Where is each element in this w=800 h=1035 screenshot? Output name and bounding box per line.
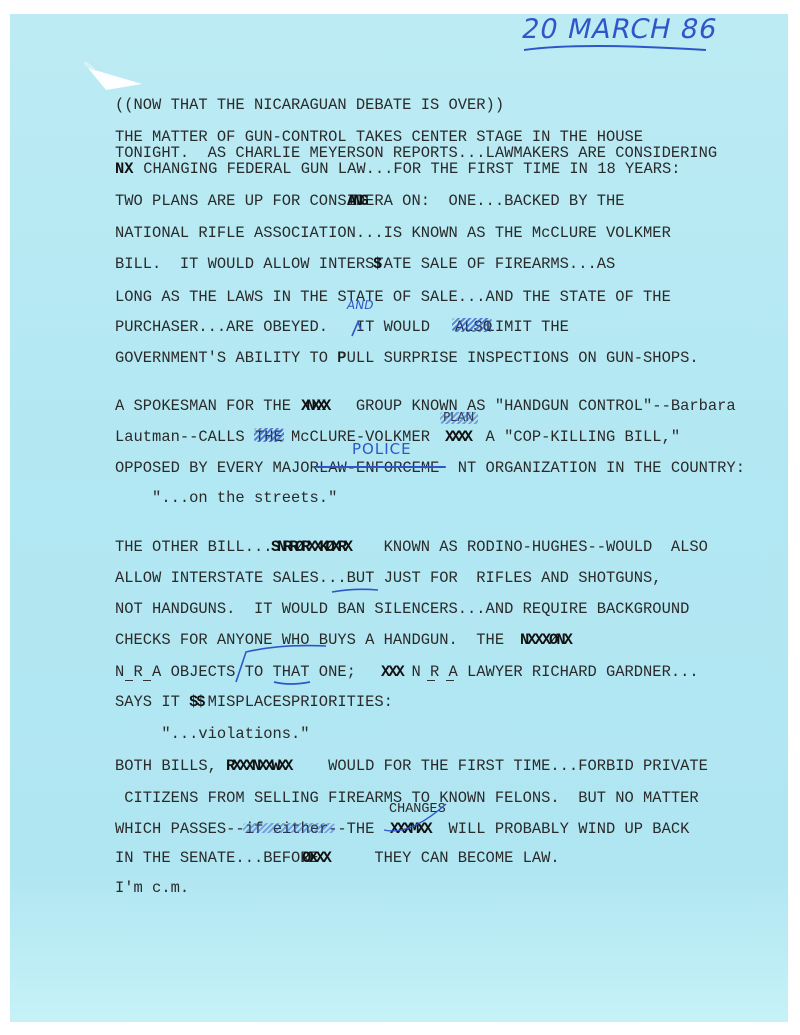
overstrike-xxxx: XXXX <box>445 428 470 446</box>
script-line-20: "...violations." <box>115 725 310 743</box>
handwritten-and: AND <box>346 298 375 312</box>
changes-insert-mark <box>380 800 460 840</box>
overstrike-xnxxx: XNXXX <box>301 397 327 415</box>
script-line-16: NOT HANDGUNS. IT WOULD BAN SILENCERS...A… <box>115 600 689 618</box>
that-one-edit-mark <box>230 642 350 688</box>
script-line-5: NATIONAL RIFLE ASSOCIATION...IS KNOWN AS… <box>115 224 671 242</box>
overstrike-rxxxnxxwxx: RXXXNXXWXX <box>226 757 291 775</box>
handwritten-police: POLICE <box>352 440 412 458</box>
also-scribble <box>452 318 492 332</box>
just-underline <box>330 586 380 594</box>
overstrike-xxx: XXX <box>381 663 403 681</box>
insert-caret <box>350 318 364 338</box>
script-line-8: PURCHASER...ARE OBEYED. IT WOULD LIMIT T… <box>115 318 569 336</box>
script-line-10: A SPOKESMAN FOR THE GROUP KNOWN AS "HAND… <box>115 397 736 415</box>
script-line-13: "...on the streets." <box>115 489 337 507</box>
sign-off: I'm c.m. <box>115 879 189 897</box>
handwritten-date: 20 MARCH 86 <box>519 14 721 45</box>
overstrike-oxxx: ØXXX <box>302 849 329 867</box>
script-line-3: CHANGING FEDERAL GUN LAW...FOR THE FIRST… <box>134 160 681 178</box>
nra-underscore-3 <box>427 680 435 681</box>
slug-line: ((NOW THAT THE NICARAGUAN DEBATE IS OVER… <box>115 96 504 114</box>
script-line-15: ALLOW INTERSTATE SALES...BUT JUST FOR RI… <box>115 569 662 587</box>
nra-underscore-1 <box>125 680 133 681</box>
overstrike-nx: NX <box>115 160 134 178</box>
plan-scribble <box>440 412 478 424</box>
overstrike-dollar: $ <box>373 255 382 273</box>
script-line-7: LONG AS THE LAWS IN THE STATE OF SALE...… <box>115 288 671 306</box>
if-either-scribble <box>243 823 335 833</box>
overstrike-p: P <box>337 349 346 367</box>
script-line-18: N R A OBJECTS TO THAT ONE; N R A LAWYER … <box>115 663 699 681</box>
script-line-21: BOTH BILLS, WOULD FOR THE FIRST TIME...F… <box>115 757 708 775</box>
script-line-14: THE OTHER BILL... KNOWN AS RODINO-HUGHES… <box>115 538 708 556</box>
paper-tear-mark <box>84 62 154 92</box>
overstrike-ang: ANG <box>347 192 366 210</box>
script-line-4: TWO PLANS ARE UP FOR CONSIDERA ON: ONE..… <box>115 192 625 210</box>
script-line-6: BILL. IT WOULD ALLOW INTERSTATE SALE OF … <box>115 255 615 273</box>
nra-underscore-2 <box>143 680 151 681</box>
nra-underscore-4 <box>446 680 454 681</box>
script-line-9: GOVERNMENT'S ABILITY TO PULL SURPRISE IN… <box>115 349 699 367</box>
struck-word-law-enforcement: LAW-ENFORCEME <box>319 459 439 477</box>
law-enforcement-strikethrough <box>316 466 446 468</box>
overstrike-dollars: $$ <box>189 693 204 711</box>
overstrike-nxxxonx: NXXXØNX <box>520 631 571 649</box>
script-line-24: IN THE SENATE...BEFORE THEY CAN BECOME L… <box>115 849 560 867</box>
date-underline <box>520 42 710 54</box>
overstrike-long: SNRRØRXXKØXRX <box>271 538 350 556</box>
script-line-19: SAYS IT MISPLACESPRIORITIES: <box>115 693 393 711</box>
the-scribble <box>254 428 284 442</box>
